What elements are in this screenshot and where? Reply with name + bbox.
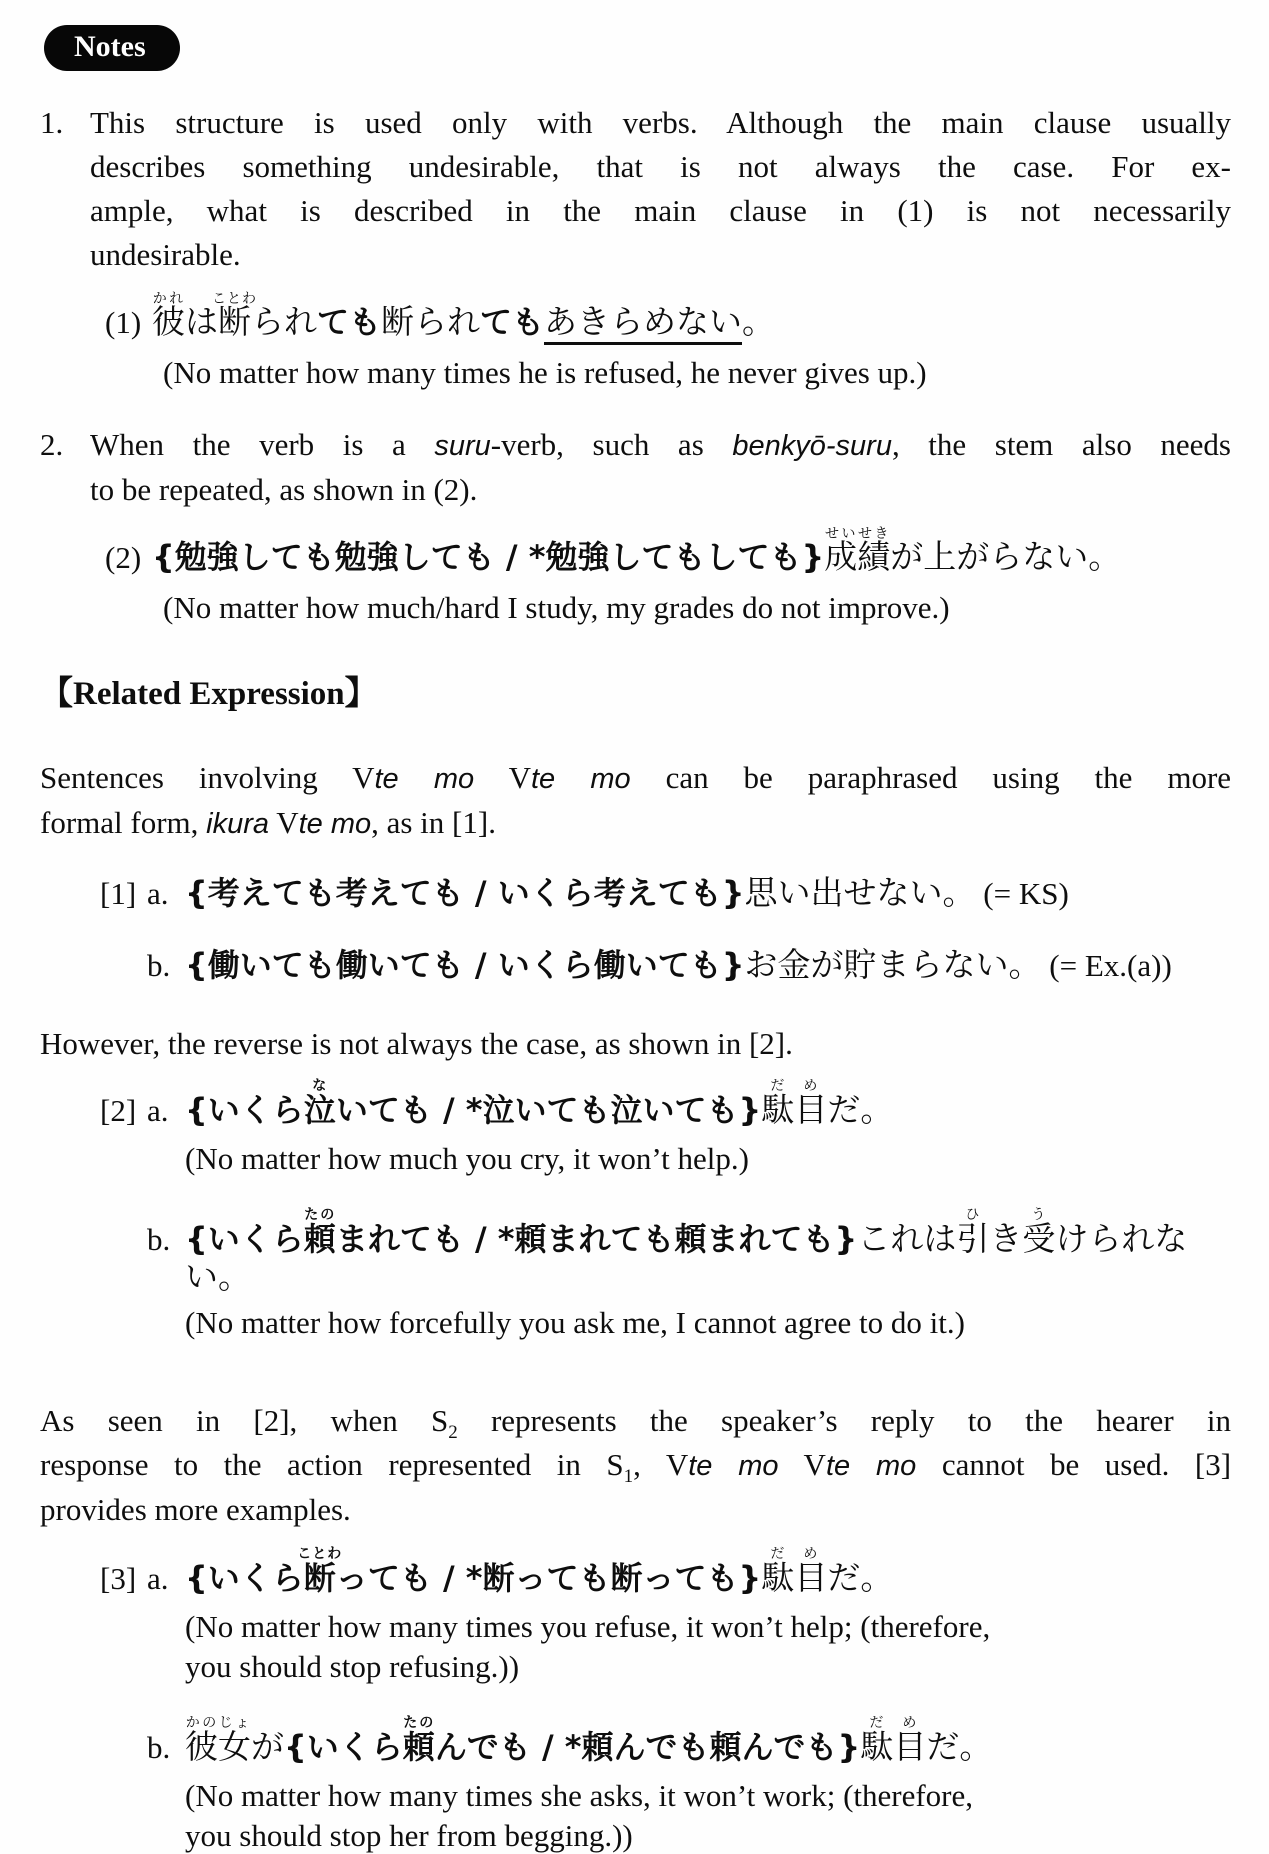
- re-group-label: [2]: [100, 1089, 147, 1133]
- note-text: When the verb is a suru-verb, such as be…: [90, 423, 1231, 512]
- example-2: (2) {勉強しても勉強しても / *勉強してもしても}成績せいせきが上がらない…: [105, 526, 1231, 628]
- japanese-sentence: {いくら頼たのまれても / *頼まれても頼まれても}これは引ひき受うけられない。: [185, 1207, 1231, 1297]
- re-example-group-1: [1] a. {考えても考えても / いくら考えても}思い出せない。 (= KS…: [100, 872, 1231, 988]
- english-translation: (No matter how many times she asks, it w…: [185, 1776, 1231, 1854]
- note-text: This structure is used only with verbs. …: [90, 101, 1231, 277]
- re-item-letter: a.: [147, 1089, 185, 1133]
- re-item-3b: b. 彼女かのじょが{いくら頼たのんでも / *頼んでも頼んでも}駄だ目めだ。 …: [100, 1715, 1231, 1854]
- japanese-sentence: 彼かれは断ことわられても断られてもあきらめない。: [152, 291, 1231, 342]
- sentence-row: [2] a. {いくら泣ないても / *泣いても泣いても}駄だ目めだ。: [100, 1078, 1231, 1133]
- note-item-2: 2. When the verb is a suru-verb, such as…: [40, 423, 1231, 512]
- re-item-letter: b.: [147, 1726, 185, 1770]
- re-asseen-paragraph: As seen in [2], when S2 represents the s…: [40, 1399, 1231, 1532]
- example-label: (1): [105, 301, 152, 345]
- example-2-sentence-row: (2) {勉強しても勉強しても / *勉強してもしても}成績せいせきが上がらない…: [105, 526, 1231, 580]
- example-1-sentence-row: (1) 彼かれは断ことわられても断られてもあきらめない。: [105, 291, 1231, 345]
- example-1: (1) 彼かれは断ことわられても断られてもあきらめない。 (No matter …: [105, 291, 1231, 393]
- notes-section: 1. This structure is used only with verb…: [40, 101, 1231, 628]
- re-group-label: [3]: [100, 1557, 147, 1601]
- re-example-group-2: [2] a. {いくら泣ないても / *泣いても泣いても}駄だ目めだ。 (No …: [100, 1078, 1231, 1343]
- english-translation: (No matter how forcefully you ask me, I …: [185, 1303, 1231, 1343]
- sentence-row: b. {いくら頼たのまれても / *頼まれても頼まれても}これは引ひき受うけられ…: [100, 1207, 1231, 1297]
- japanese-sentence: {いくら断ことわっても / *断っても断っても}駄だ目めだ。: [185, 1546, 1231, 1598]
- re-however-paragraph: However, the reverse is not always the c…: [40, 1022, 1231, 1066]
- japanese-sentence: {働いても働いても / いくら働いても}お金が貯まらない。 (= Ex.(a)): [185, 947, 1231, 985]
- japanese-sentence: 彼女かのじょが{いくら頼たのんでも / *頼んでも頼んでも}駄だ目めだ。: [185, 1715, 1231, 1767]
- re-item-2a: [2] a. {いくら泣ないても / *泣いても泣いても}駄だ目めだ。 (No …: [100, 1078, 1231, 1179]
- re-item-2b: b. {いくら頼たのまれても / *頼まれても頼まれても}これは引ひき受うけられ…: [100, 1207, 1231, 1343]
- sentence-row: [3] a. {いくら断ことわっても / *断っても断っても}駄だ目めだ。: [100, 1546, 1231, 1601]
- english-translation: (No matter how many times he is refused,…: [163, 353, 1231, 393]
- re-item-3a: [3] a. {いくら断ことわっても / *断っても断っても}駄だ目めだ。 (N…: [100, 1546, 1231, 1687]
- re-item-1a: [1] a. {考えても考えても / いくら考えても}思い出せない。 (= KS…: [100, 872, 1231, 916]
- re-group-label: [1]: [100, 872, 147, 916]
- re-item-letter: b.: [147, 944, 185, 988]
- notes-badge: Notes: [44, 25, 180, 71]
- re-item-letter: b.: [147, 1218, 185, 1262]
- related-expression-heading: 【Related Expression】: [40, 672, 1231, 716]
- re-item-letter: a.: [147, 872, 185, 916]
- note-item-1: 1. This structure is used only with verb…: [40, 101, 1231, 277]
- example-label: (2): [105, 536, 152, 580]
- notes-badge-label: Notes: [74, 30, 146, 63]
- japanese-sentence: {考えても考えても / いくら考えても}思い出せない。 (= KS): [185, 875, 1231, 913]
- textbook-page: Notes 1. This structure is used only wit…: [0, 0, 1269, 1854]
- english-translation: (No matter how much/hard I study, my gra…: [163, 588, 1231, 628]
- re-example-group-3: [3] a. {いくら断ことわっても / *断っても断っても}駄だ目めだ。 (N…: [100, 1546, 1231, 1854]
- note-number: 1.: [40, 101, 90, 145]
- re-item-letter: a.: [147, 1557, 185, 1601]
- english-translation: (No matter how much you cry, it won’t he…: [185, 1139, 1231, 1179]
- sentence-row: b. 彼女かのじょが{いくら頼たのんでも / *頼んでも頼んでも}駄だ目めだ。: [100, 1715, 1231, 1770]
- re-item-1b: b. {働いても働いても / いくら働いても}お金が貯まらない。 (= Ex.(…: [100, 944, 1231, 988]
- re-intro-paragraph: Sentences involving Vte mo Vte mo can be…: [40, 756, 1231, 846]
- japanese-sentence: {いくら泣ないても / *泣いても泣いても}駄だ目めだ。: [185, 1078, 1231, 1130]
- sentence-row: b. {働いても働いても / いくら働いても}お金が貯まらない。 (= Ex.(…: [100, 944, 1231, 988]
- japanese-sentence: {勉強しても勉強しても / *勉強してもしても}成績せいせきが上がらない。: [152, 526, 1231, 577]
- note-number: 2.: [40, 423, 90, 467]
- sentence-row: [1] a. {考えても考えても / いくら考えても}思い出せない。 (= KS…: [100, 872, 1231, 916]
- english-translation: (No matter how many times you refuse, it…: [185, 1607, 1231, 1687]
